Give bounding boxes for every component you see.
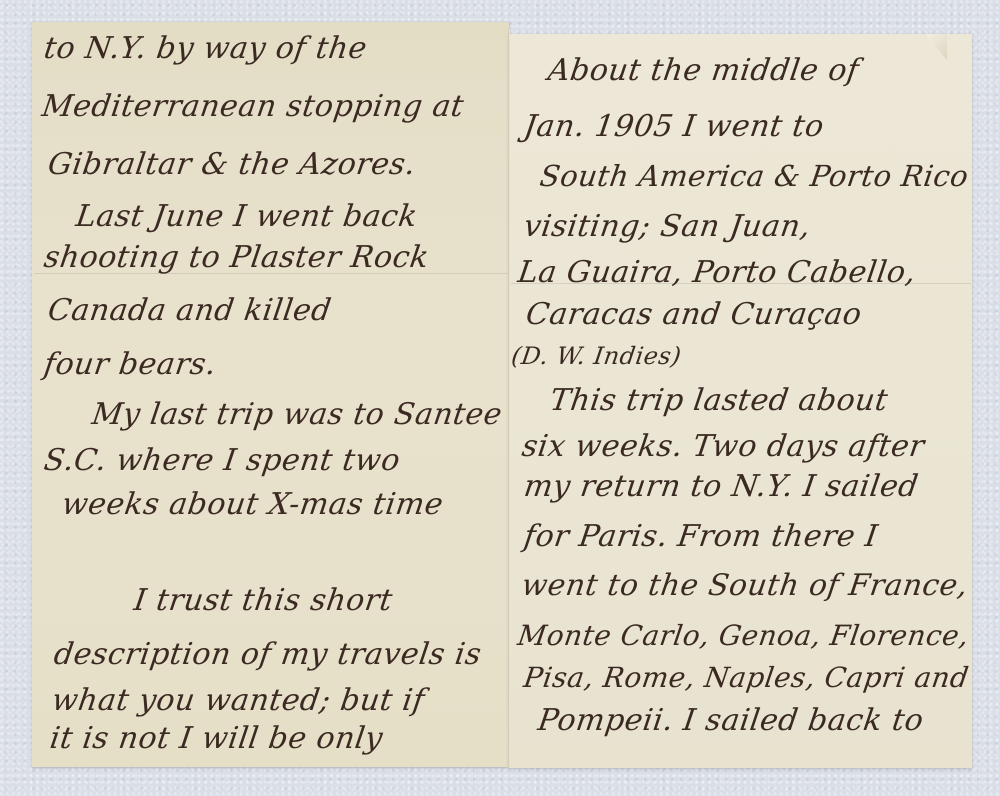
handwritten-line: I trust this short bbox=[132, 586, 394, 616]
handwritten-line: La Guaira, Porto Cabello, bbox=[516, 258, 918, 288]
handwritten-line: This trip lasted about bbox=[548, 386, 890, 416]
handwritten-line: for Paris. From there I bbox=[522, 522, 880, 552]
handwritten-line: (D. W. Indies) bbox=[510, 344, 683, 368]
handwritten-line: visiting; San Juan, bbox=[522, 212, 812, 242]
handwritten-line: South America & Porto Rico bbox=[538, 162, 970, 191]
handwritten-line: it is not I will be only bbox=[48, 724, 385, 754]
handwritten-line: My last trip was to Santee bbox=[90, 400, 504, 430]
handwritten-line: my return to N.Y. I sailed bbox=[522, 472, 920, 502]
handwritten-line: six weeks. Two days after bbox=[520, 432, 926, 462]
handwritten-line: Monte Carlo, Genoa, Florence, bbox=[516, 622, 971, 650]
handwritten-line: what you wanted; but if bbox=[50, 686, 426, 716]
center-fold bbox=[508, 28, 510, 768]
handwritten-line: went to the South of France, bbox=[520, 570, 970, 600]
handwritten-line: to N.Y. by way of the bbox=[42, 34, 369, 64]
handwritten-line: description of my travels is bbox=[52, 640, 483, 670]
handwritten-line: About the middle of bbox=[546, 56, 861, 86]
handwritten-line: S.C. where I spent two bbox=[42, 446, 402, 476]
handwritten-line: Gibraltar & the Azores. bbox=[46, 150, 418, 180]
handwritten-line: Jan. 1905 I went to bbox=[522, 112, 826, 142]
handwritten-line: Mediterranean stopping at bbox=[40, 92, 466, 122]
handwritten-line: Last June I went back bbox=[74, 202, 419, 232]
handwritten-line: Caracas and Curaçao bbox=[524, 300, 864, 330]
handwritten-line: Pompeii. I sailed back to bbox=[536, 706, 925, 736]
handwritten-line: shooting to Plaster Rock bbox=[42, 243, 431, 273]
handwritten-line: Pisa, Rome, Naples, Capri and bbox=[522, 664, 971, 692]
handwritten-line: Canada and killed bbox=[46, 296, 333, 326]
handwritten-line: four bears. bbox=[42, 350, 218, 380]
handwritten-line: weeks about X-mas time bbox=[60, 490, 445, 520]
